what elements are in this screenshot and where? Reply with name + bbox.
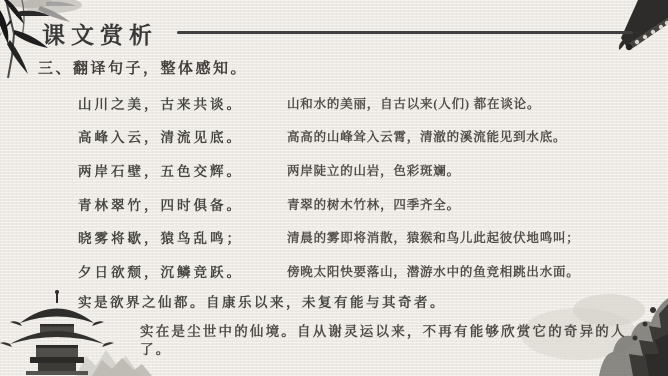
translation-sentence: 青翠的树木竹林，四季齐全。 (287, 195, 460, 213)
roof-eave-icon (610, 0, 668, 58)
source-sentence: 夕日欲颓，沉鳞竞跃。 (78, 261, 287, 281)
source-sentence: 晓雾将歇，猿鸟乱鸣； (78, 227, 287, 247)
source-sentence: 高峰入云，清流见底。 (78, 126, 287, 146)
source-sentence: 青林翠竹，四时俱备。 (78, 194, 287, 214)
table-row: 晓雾将歇，猿鸟乱鸣； 清晨的雾即将消散，猿猴和鸟儿此起彼伏地鸣叫； (0, 220, 668, 254)
translation-table: 山川之美，古来共谈。 山和水的美丽，自古以来(人们) 都在谈论。 高峰入云，清流… (0, 86, 668, 288)
source-sentence: 两岸石壁，五色交辉。 (78, 160, 287, 180)
section-heading: 三、翻译句子，整体感知。 (38, 57, 248, 78)
translation-sentence: 高高的山峰耸入云霄，清澈的溪流能见到水底。 (287, 127, 566, 145)
translation-sentence: 清晨的雾即将消散，猿猴和鸟儿此起彼伏地鸣叫； (287, 228, 580, 246)
table-row: 青林翠竹，四时俱备。 青翠的树木竹林，四季齐全。 (0, 187, 668, 221)
source-sentence: 山川之美，古来共谈。 (78, 93, 287, 113)
table-row: 高峰入云，清流见底。 高高的山峰耸入云霄，清澈的溪流能见到水底。 (0, 120, 668, 154)
title-divider (177, 31, 633, 34)
lesson-slide: 课文赏析 三、翻译句子，整体感知。 山川之美，古来共谈。 山和水的美丽，自古以来… (0, 0, 668, 376)
table-row: 两岸石壁，五色交辉。 两岸陡立的山岩，色彩斑斓。 (0, 153, 668, 187)
table-row: 夕日欲颓，沉鳞竞跃。 傍晚太阳快要落山，潜游水中的鱼竞相跳出水面。 (0, 254, 668, 288)
closing-translation-sentence: 实在是尘世中的仙境。自从谢灵运以来，不再有能够欣赏它的奇异的人了。 (140, 323, 654, 359)
translation-sentence: 山和水的美丽，自古以来(人们) 都在谈论。 (287, 94, 540, 112)
closing-source-sentence: 实是欲界之仙都。自康乐以来，未复有能与其奇者。 (78, 291, 446, 311)
translation-sentence: 傍晚太阳快要落山，潜游水中的鱼竞相跳出水面。 (287, 262, 580, 280)
page-title: 课文赏析 (42, 17, 158, 50)
table-row: 山川之美，古来共谈。 山和水的美丽，自古以来(人们) 都在谈论。 (0, 86, 668, 120)
translation-sentence: 两岸陡立的山岩，色彩斑斓。 (287, 161, 460, 179)
